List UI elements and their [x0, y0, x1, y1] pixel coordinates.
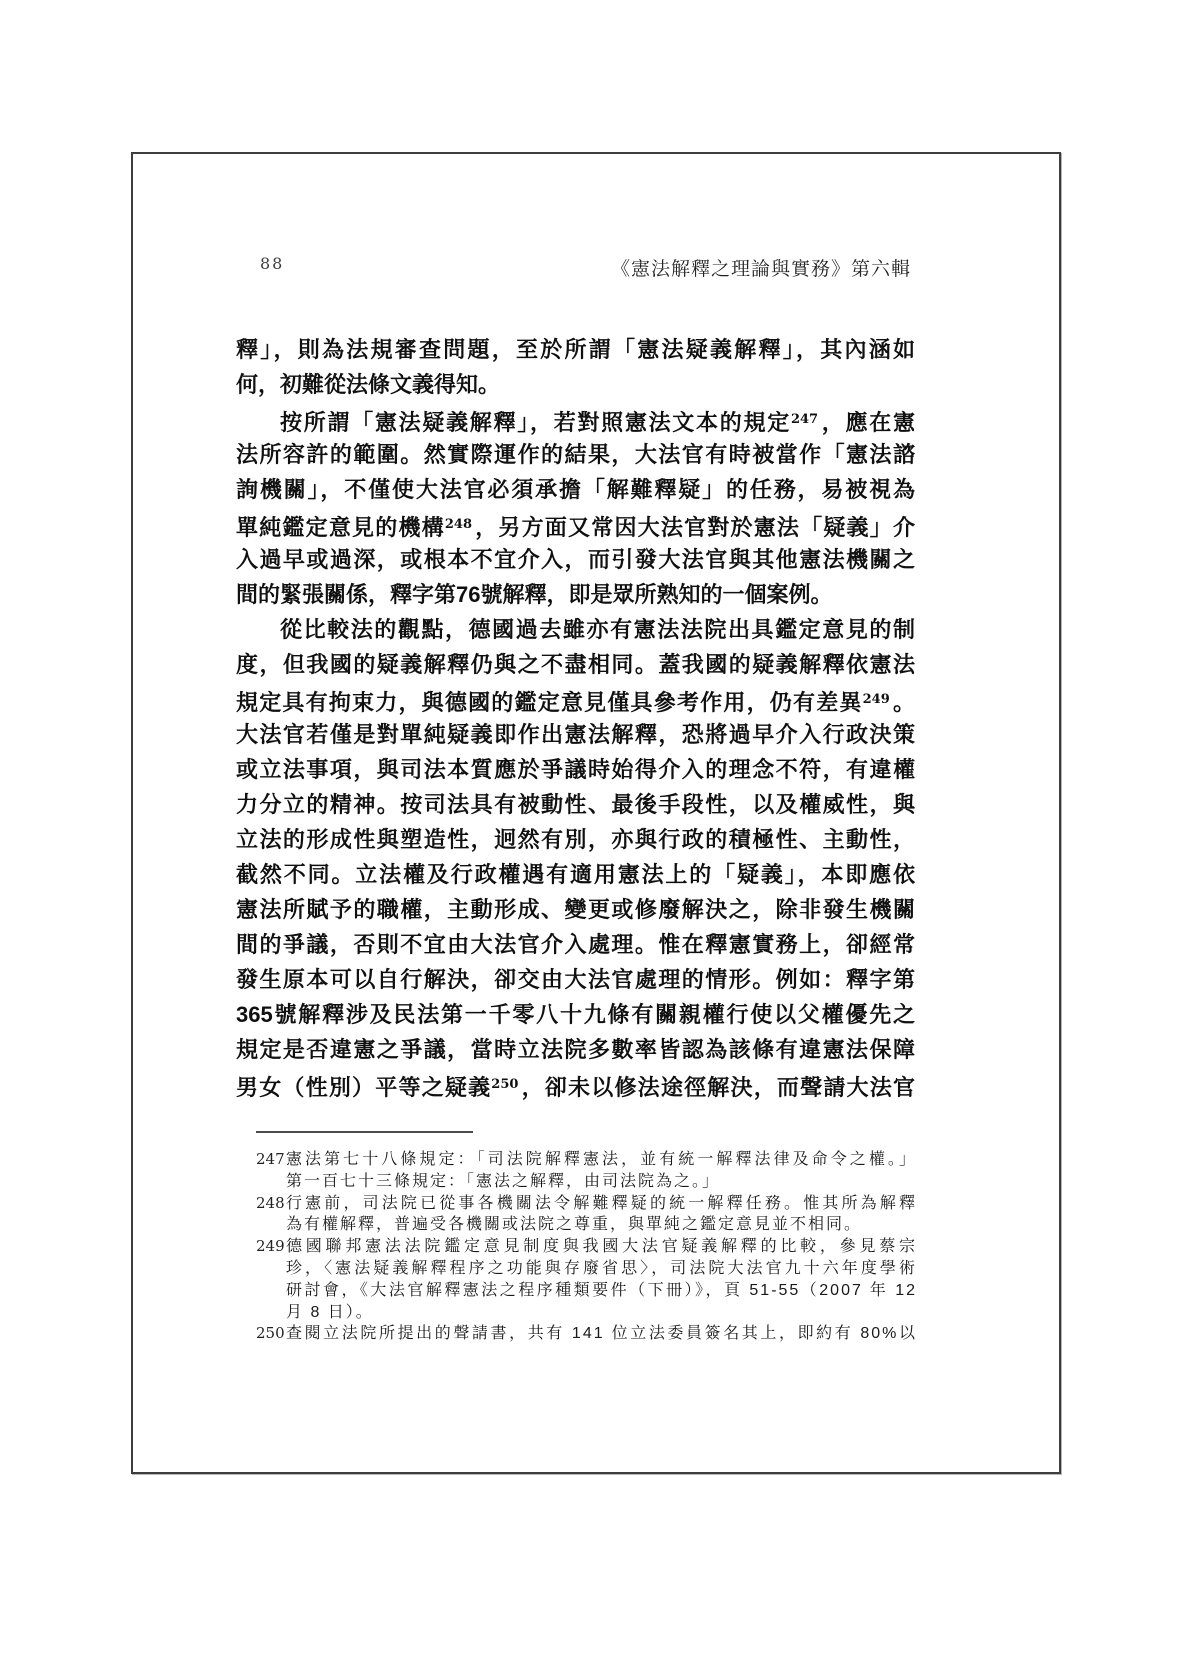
body-line: 詢機關」，不僅使大法官必須承擔「解難釋疑」的任務，易被視為 [236, 472, 915, 507]
body-line: 或立法事項，與司法本質應於爭議時始得介入的理念不符，有違權 [236, 752, 915, 787]
body-line: 入過早或過深，或根本不宜介入，而引發大法官與其他憲法機關之 [236, 542, 915, 577]
footnote-number: 249 [256, 1236, 285, 1258]
footnote-line: 查閱立法院所提出的聲請書，共有 141 位立法委員簽名其上，即約有 80%以 [286, 1323, 917, 1345]
running-header: 《憲法解釋之理論與實務》第六輯 [611, 254, 911, 281]
body-line: 憲法所賦予的職權，主動形成、變更或修廢解決之，除非發生機關 [236, 892, 915, 927]
scanned-document-page: 88 《憲法解釋之理論與實務》第六輯 釋」，則為法規審查問題，至於所謂「憲法疑義… [0, 0, 1177, 1664]
footnote: 250查閱立法院所提出的聲請書，共有 141 位立法委員簽名其上，即約有 80%… [256, 1323, 917, 1345]
footnote-number: 247 [256, 1149, 285, 1171]
body-line: 截然不同。立法權及行政權遇有適用憲法上的「疑義」，本即應依 [236, 857, 915, 892]
body-line: 何，初難從法條文義得知。 [236, 367, 915, 402]
body-line: 365號解釋涉及民法第一千零八十九條有關親權行使以父權優先之 [236, 997, 915, 1032]
body-line: 規定具有拘束力，與德國的鑑定意見僅具參考作用，仍有差異249。 [236, 682, 915, 717]
body-line: 發生原本可以自行解決，卻交由大法官處理的情形。例如：釋字第 [236, 962, 915, 997]
footnote-ref: 247 [791, 412, 820, 427]
footnote: 249德國聯邦憲法法院鑑定意見制度與我國大法官疑義解釋的比較，參見蔡宗珍，〈憲法… [256, 1236, 917, 1323]
footnote-number: 250 [256, 1323, 285, 1345]
footnote-line: 德國聯邦憲法法院鑑定意見制度與我國大法官疑義解釋的比較，參見蔡宗 [286, 1236, 917, 1258]
page: 88 《憲法解釋之理論與實務》第六輯 釋」，則為法規審查問題，至於所謂「憲法疑義… [131, 152, 1061, 1474]
body-line: 間的緊張關係，釋字第76號解釋，即是眾所熟知的一個案例。 [236, 577, 915, 612]
body-line: 按所謂「憲法疑義解釋」，若對照憲法文本的規定247，應在憲 [236, 402, 915, 437]
footnote-ref: 249 [863, 692, 892, 707]
body-line: 間的爭議，否則不宜由大法官介入處理。惟在釋憲實務上，卻經常 [236, 927, 915, 962]
footnotes: 247憲法第七十八條規定：「司法院解釋憲法，並有統一解釋法律及命令之權。」第一百… [256, 1149, 917, 1345]
body-line: 從比較法的觀點，德國過去雖亦有憲法法院出具鑑定意見的制 [236, 612, 915, 647]
footnote-line: 第一百七十三條規定：「憲法之解釋，由司法院為之。」 [286, 1171, 917, 1193]
body-line: 單純鑑定意見的機構248，另方面又常因大法官對於憲法「疑義」介 [236, 507, 915, 542]
footnote: 247憲法第七十八條規定：「司法院解釋憲法，並有統一解釋法律及命令之權。」第一百… [256, 1149, 917, 1193]
body-line: 規定是否違憲之爭議，當時立法院多數率皆認為該條有違憲法保障 [236, 1032, 915, 1067]
footnote-number: 248 [256, 1193, 285, 1215]
footnote-separator-rule [256, 1131, 473, 1133]
footnote-line: 憲法第七十八條規定：「司法院解釋憲法，並有統一解釋法律及命令之權。」 [286, 1149, 917, 1171]
body-line: 力分立的精神。按司法具有被動性、最後手段性，以及權威性，與 [236, 787, 915, 822]
body-line: 立法的形成性與塑造性，迥然有別，亦與行政的積極性、主動性， [236, 822, 915, 857]
footnote-ref: 248 [445, 517, 474, 532]
footnote: 248行憲前，司法院已從事各機關法令解難釋疑的統一解釋任務。惟其所為解釋為有權解… [256, 1193, 917, 1237]
footnote-line: 為有權解釋，普遍受各機關或法院之尊重，與單純之鑑定意見並不相同。 [286, 1214, 917, 1236]
footnote-line: 珍，〈憲法疑義解釋程序之功能與存廢省思〉，司法院大法官九十六年度學術 [286, 1258, 917, 1280]
body-text: 釋」，則為法規審查問題，至於所謂「憲法疑義解釋」，其內涵如何，初難從法條文義得知… [236, 332, 915, 1102]
footnote-line: 行憲前，司法院已從事各機關法令解難釋疑的統一解釋任務。惟其所為解釋 [286, 1193, 917, 1215]
body-line: 法所容許的範圍。然實際運作的結果，大法官有時被當作「憲法諮 [236, 437, 915, 472]
body-line: 大法官若僅是對單純疑義即作出憲法解釋，恐將過早介入行政決策 [236, 717, 915, 752]
footnote-line: 月 8 日）。 [286, 1302, 917, 1324]
footnote-ref: 250 [491, 1077, 520, 1092]
body-line: 男女（性別）平等之疑義250，卻未以修法途徑解決，而聲請大法官 [236, 1067, 915, 1102]
body-line: 度，但我國的疑義解釋仍與之不盡相同。蓋我國的疑義解釋依憲法 [236, 647, 915, 682]
footnote-line: 研討會，《大法官解釋憲法之程序種類要件（下冊）》，頁 51-55（2007 年 … [286, 1280, 917, 1302]
body-line: 釋」，則為法規審查問題，至於所謂「憲法疑義解釋」，其內涵如 [236, 332, 915, 367]
page-number: 88 [260, 254, 284, 273]
